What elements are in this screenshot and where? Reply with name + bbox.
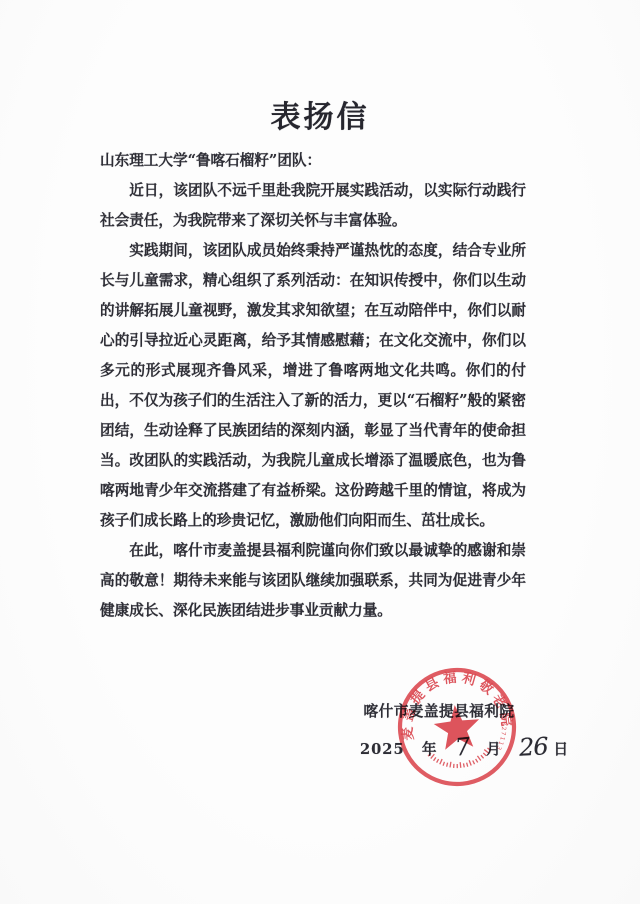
date-year-label: 年 <box>422 741 438 758</box>
date-day-label: 日 <box>554 741 570 758</box>
letter-page: 表扬信 山东理工大学“鲁喀石榴籽”团队： 近日，该团队不远千里赴我院开展实践活动… <box>0 0 640 904</box>
paragraph: 实践期间，该团队成员始终秉持严谨热忱的态度，结合专业所长与儿童需求，精心组织了系… <box>100 236 526 536</box>
date-month-label: 月 <box>486 741 502 758</box>
letter-body: 山东理工大学“鲁喀石榴籽”团队： 近日，该团队不远千里赴我院开展实践活动，以实际… <box>100 146 526 626</box>
handwritten-month: 7 <box>454 736 470 757</box>
paragraph: 近日，该团队不远千里赴我院开展实践活动，以实际行动践行社会责任，为我院带来了深切… <box>100 176 526 236</box>
salutation: 山东理工大学“鲁喀石榴籽”团队： <box>100 146 526 176</box>
signature-org-name: 喀什市麦盖提县福利院 <box>360 702 518 722</box>
signature-block: 喀什市麦盖提县福利院 2025 年 7 月 26 日 <box>360 702 518 763</box>
paragraph: 在此，喀什市麦盖提县福利院谨向你们致以最诚挚的感谢和崇高的敬意！期待未来能与该团… <box>100 536 526 626</box>
date-line: 2025 年 7 月 26 日 <box>360 736 518 763</box>
handwritten-day: 26 <box>518 736 548 757</box>
letter-title: 表扬信 <box>0 92 640 136</box>
date-year: 2025 <box>360 741 405 758</box>
